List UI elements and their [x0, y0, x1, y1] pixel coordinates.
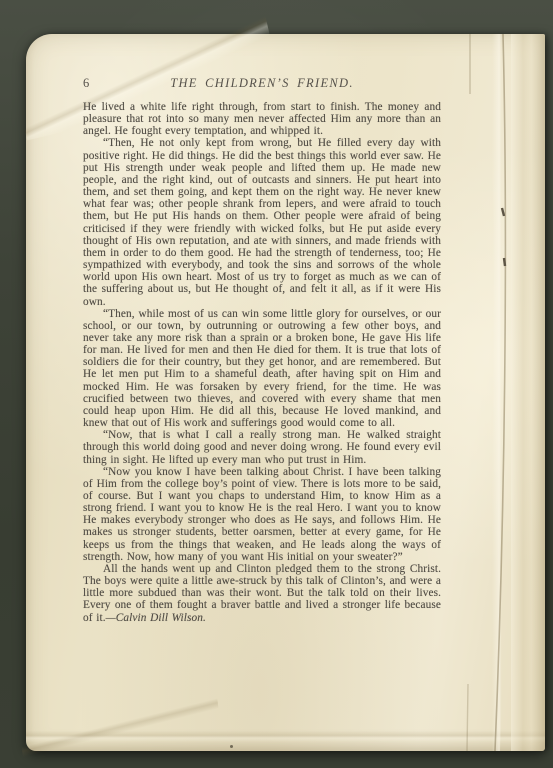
paragraph: He lived a white life right through, fro…: [83, 101, 441, 137]
book-page: 6 THE CHILDREN’S FRIEND. He lived a whit…: [26, 34, 545, 751]
page-edge-strip: [511, 34, 545, 751]
paragraph: “Then, He not only kept from wrong, but …: [83, 137, 441, 307]
paragraph: “Now, that is what I call a really stron…: [83, 429, 441, 465]
paragraph: “Then, while most of us can win some lit…: [83, 308, 441, 430]
photo-backdrop: 6 THE CHILDREN’S FRIEND. He lived a whit…: [0, 0, 553, 768]
page-content: 6 THE CHILDREN’S FRIEND. He lived a whit…: [83, 76, 441, 624]
binding-stitch: [502, 208, 504, 216]
paper-speck: [230, 745, 233, 748]
page-header: 6 THE CHILDREN’S FRIEND.: [83, 76, 441, 92]
author-signature: —Calvin Dill Wilson.: [106, 612, 206, 624]
binding-stitch: [504, 258, 505, 266]
paragraph: “Now you know I have been talking about …: [83, 466, 441, 563]
paper-crease-bottom: [26, 724, 545, 746]
paragraph: All the hands went up and Clinton pledge…: [83, 563, 441, 624]
running-title: THE CHILDREN’S FRIEND.: [83, 76, 441, 91]
paper-crease-bottom-left: [18, 690, 223, 764]
page-text: He lived a white life right through, fro…: [83, 101, 441, 624]
